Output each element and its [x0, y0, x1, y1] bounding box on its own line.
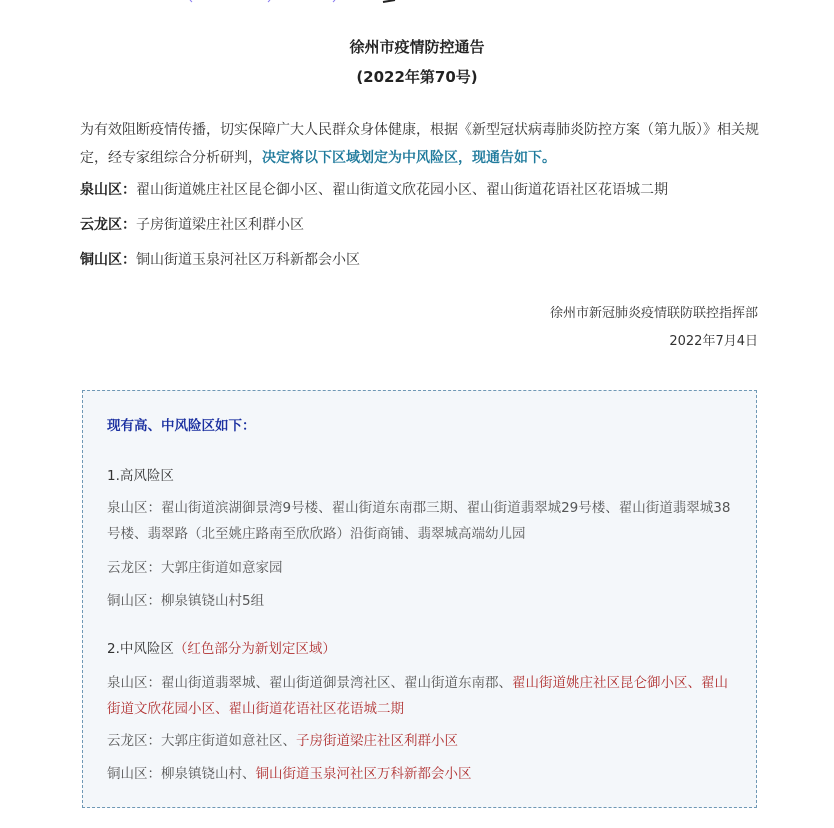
area-list: 翟山街道滨湖御景湾9号楼、翟山街道东南郡三期、翟山街道翡翠城29号楼、翟山街道翡…: [107, 500, 730, 542]
high-risk-title: 1.高风险区: [107, 463, 737, 489]
high-risk-row: 铜山区：柳泉镇铙山村5组: [107, 588, 737, 614]
area-list: 柳泉镇铙山村5组: [161, 593, 264, 609]
area-list: 大郭庄街道如意家园: [161, 560, 283, 576]
new-area-list: 铜山街道玉泉河社区万科新都会小区: [256, 766, 472, 782]
area-list: 铜山街道玉泉河社区万科新都会小区: [136, 252, 360, 268]
medium-risk-label: 2.中风险区: [107, 641, 174, 657]
medium-risk-row: 云龙区：大郭庄街道如意社区、子房街道梁庄社区利群小区: [107, 728, 737, 754]
medium-risk-row: 铜山区：柳泉镇铙山村、铜山街道玉泉河社区万科新都会小区: [107, 761, 737, 787]
district-label: 泉山区：: [107, 500, 161, 516]
notice-number: (2022年第70号): [0, 66, 834, 87]
high-risk-row: 泉山区：翟山街道滨湖御景湾9号楼、翟山街道东南郡三期、翟山街道翡翠城29号楼、翟…: [107, 495, 737, 547]
district-label: 铜山区：: [107, 766, 161, 782]
medium-risk-title: 2.中风险区（红色部分为新划定区域）: [107, 636, 737, 662]
medium-risk-note: （红色部分为新划定区域）: [174, 641, 336, 657]
top-decoration: [0, 0, 834, 8]
district-label: 云龙区：: [107, 560, 161, 576]
district-label: 铜山区：: [80, 252, 136, 268]
area-list: 大郭庄街道如意社区、: [161, 733, 296, 749]
district-label: 云龙区：: [107, 733, 161, 749]
new-area-row: 云龙区：子房街道梁庄社区利群小区: [80, 211, 760, 239]
intro-highlight: 决定将以下区域划定为中风险区，现通告如下。: [262, 150, 556, 166]
intro-paragraph: 为有效阻断疫情传播，切实保障广大人民群众身体健康，根据《新型冠状病毒肺炎防控方案…: [80, 116, 760, 172]
high-risk-row: 云龙区：大郭庄街道如意家园: [107, 555, 737, 581]
area-list: 柳泉镇铙山村、: [161, 766, 256, 782]
district-label: 云龙区：: [80, 217, 136, 233]
new-area-list: 子房街道梁庄社区利群小区: [296, 733, 458, 749]
medium-risk-row: 泉山区：翟山街道翡翠城、翟山街道御景湾社区、翟山街道东南郡、翟山街道姚庄社区昆仑…: [107, 670, 737, 722]
area-list: 翟山街道翡翠城、翟山街道御景湾社区、翟山街道东南郡、: [161, 675, 512, 691]
signature-org: 徐州市新冠肺炎疫情联防联控指挥部: [550, 302, 758, 321]
summary-heading: 现有高、中风险区如下：: [107, 413, 737, 439]
district-label: 泉山区：: [107, 675, 161, 691]
signature-date: 2022年7月4日: [669, 330, 758, 349]
district-label: 泉山区：: [80, 182, 136, 198]
risk-area-summary-box: 现有高、中风险区如下： 1.高风险区 泉山区：翟山街道滨湖御景湾9号楼、翟山街道…: [82, 390, 757, 808]
new-area-row: 铜山区：铜山街道玉泉河社区万科新都会小区: [80, 246, 760, 274]
area-list: 翟山街道姚庄社区昆仑御小区、翟山街道文欣花园小区、翟山街道花语社区花语城二期: [136, 182, 668, 198]
notice-title: 徐州市疫情防控通告: [0, 36, 834, 57]
new-area-row: 泉山区：翟山街道姚庄社区昆仑御小区、翟山街道文欣花园小区、翟山街道花语社区花语城…: [80, 176, 760, 204]
area-list: 子房街道梁庄社区利群小区: [136, 217, 304, 233]
district-label: 铜山区：: [107, 593, 161, 609]
